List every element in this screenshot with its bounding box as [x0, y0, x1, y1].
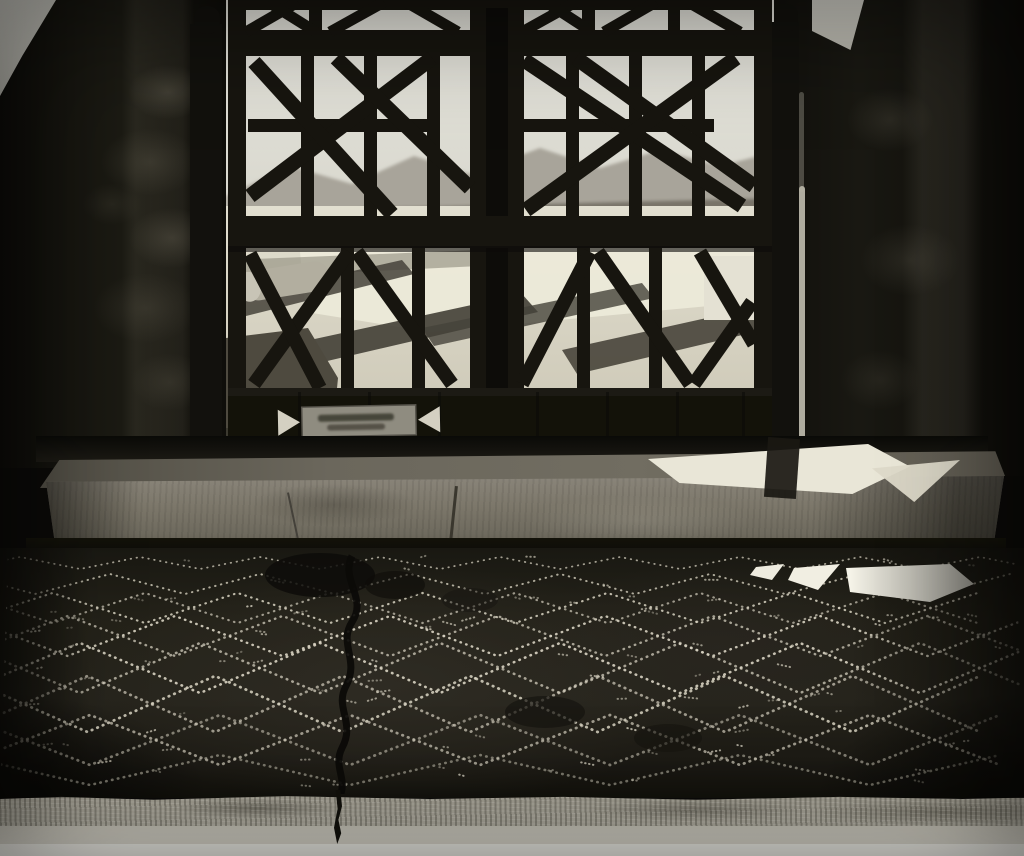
- floor-left-vignette: [0, 548, 90, 798]
- middle-rail-shadow: [228, 246, 772, 252]
- floor-right-vignette: [850, 548, 1024, 798]
- photo-frame: [0, 0, 1024, 856]
- light-gap-sliver-upper: [799, 92, 804, 192]
- gate-middle-rail: [228, 216, 772, 248]
- post-shadow-on-step: [764, 437, 800, 499]
- left-gate-post: [190, 6, 222, 456]
- right-gate-post: [771, 4, 799, 456]
- photo-bottom-white-edge: [0, 844, 1024, 856]
- light-gap-sliver: [799, 186, 805, 458]
- name-plate: [278, 404, 441, 437]
